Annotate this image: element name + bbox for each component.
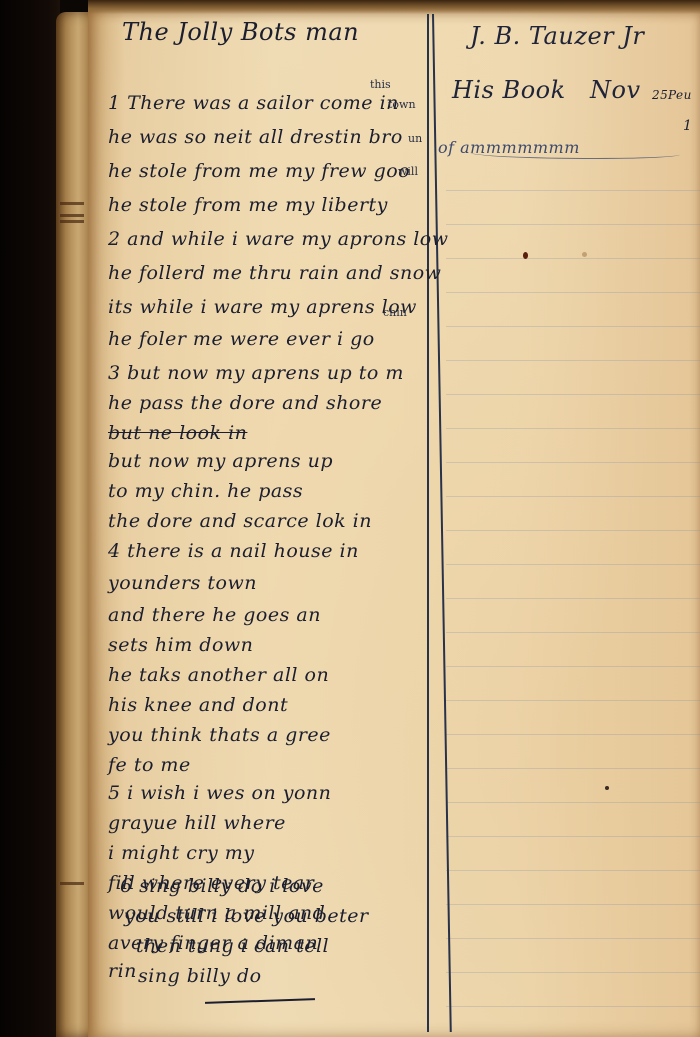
- ruled-line: [446, 326, 700, 327]
- lyric-line: rin: [108, 960, 137, 982]
- ruled-line: [446, 666, 700, 667]
- ruled-line: [446, 564, 700, 565]
- page-top-edge: [88, 0, 700, 14]
- ruled-line: [446, 224, 700, 225]
- note-mark: 1: [683, 118, 692, 134]
- lyric-line: 3 but now my aprens up to m: [108, 362, 404, 384]
- lyric-line: 5 i wish i wes on yonn: [108, 782, 331, 804]
- lyric-line: i might cry my: [108, 842, 255, 864]
- interlinear-note: chin: [383, 306, 407, 319]
- binding-mark: [60, 202, 84, 205]
- date-day: 25: [652, 88, 668, 102]
- lyric-line: and there he goes an: [108, 604, 321, 626]
- lyric-line: 1 There was a sailor come in: [108, 92, 399, 114]
- stain: [582, 252, 587, 257]
- ruled-line: [446, 394, 700, 395]
- lyric-line: to my chin. he pass: [108, 480, 303, 502]
- date-suffix: Peu: [668, 88, 692, 102]
- interlinear-note: town: [388, 98, 416, 111]
- lyric-line: he was so neit all drestin bro: [108, 126, 403, 148]
- lyric-line: the dore and scarce lok in: [108, 510, 372, 532]
- song-title: The Jolly Bots man: [122, 18, 359, 46]
- ruled-line: [446, 734, 700, 735]
- lyric-line: fe to me: [108, 754, 191, 776]
- lyric-line: its while i ware my aprens low: [108, 296, 417, 318]
- lyric-line: he stole from me my liberty: [108, 194, 388, 216]
- ruled-line: [446, 258, 700, 259]
- interlinear-note: un: [408, 132, 422, 145]
- lyric-line: younders town: [108, 572, 257, 594]
- lyric-line: but now my aprens up: [108, 450, 333, 472]
- ruled-line: [446, 462, 700, 463]
- ruled-line: [446, 530, 700, 531]
- lyric-line: he pass the dore and shore: [108, 392, 382, 414]
- ruled-line: [446, 768, 700, 769]
- lyric-line: he taks another all on: [108, 664, 329, 686]
- interlinear-note: will: [398, 165, 418, 178]
- ruled-line: [446, 598, 700, 599]
- ruled-line: [446, 904, 700, 905]
- lyric-line: he follerd me thru rain and snow: [108, 262, 441, 284]
- owner-name: J. B. Tauzer Jr: [470, 22, 644, 50]
- ruled-line: [446, 972, 700, 973]
- ruled-line: [446, 938, 700, 939]
- ruled-line: [446, 870, 700, 871]
- lyric-line: you think thats a gree: [108, 724, 331, 746]
- lyric-line: he stole from me my frew goo: [108, 160, 410, 182]
- dark-background: [0, 0, 60, 1037]
- book-label: His Book: [452, 76, 566, 104]
- lyric-line: 4 there is a nail house in: [108, 540, 359, 562]
- ruled-line: [446, 802, 700, 803]
- ink-spot: [605, 786, 609, 790]
- ruled-line: [446, 190, 700, 191]
- ruled-line: [446, 632, 700, 633]
- binding-mark: [60, 214, 84, 217]
- ruled-line: [446, 496, 700, 497]
- lyric-line: then tung i can tell: [136, 935, 329, 957]
- ruled-line: [446, 292, 700, 293]
- binding-mark: [60, 882, 84, 885]
- ruled-line: [446, 700, 700, 701]
- lyric-line: his knee and dont: [108, 694, 288, 716]
- lyric-line: he foler me were ever i go: [108, 328, 375, 350]
- lyric-line: you still i love you beter: [124, 905, 369, 927]
- lyric-line: 2 and while i ware my aprons low: [108, 228, 449, 250]
- ruled-line: [446, 428, 700, 429]
- binding-mark: [60, 220, 84, 223]
- margin-rule: [427, 14, 429, 1032]
- lyric-line-struck: but ne look in: [108, 422, 247, 444]
- interlinear-note: this: [370, 78, 391, 91]
- lyric-line: grayue hill where: [108, 812, 286, 834]
- ruled-line: [446, 360, 700, 361]
- ruled-line: [446, 836, 700, 837]
- lyric-line: 6 sing billy do i love: [120, 875, 324, 897]
- ink-spot: [523, 252, 528, 259]
- lyric-line: sets him down: [108, 634, 253, 656]
- lyric-line: sing billy do: [138, 965, 262, 987]
- date-month: Nov: [590, 76, 641, 104]
- ruled-line: [446, 1006, 700, 1007]
